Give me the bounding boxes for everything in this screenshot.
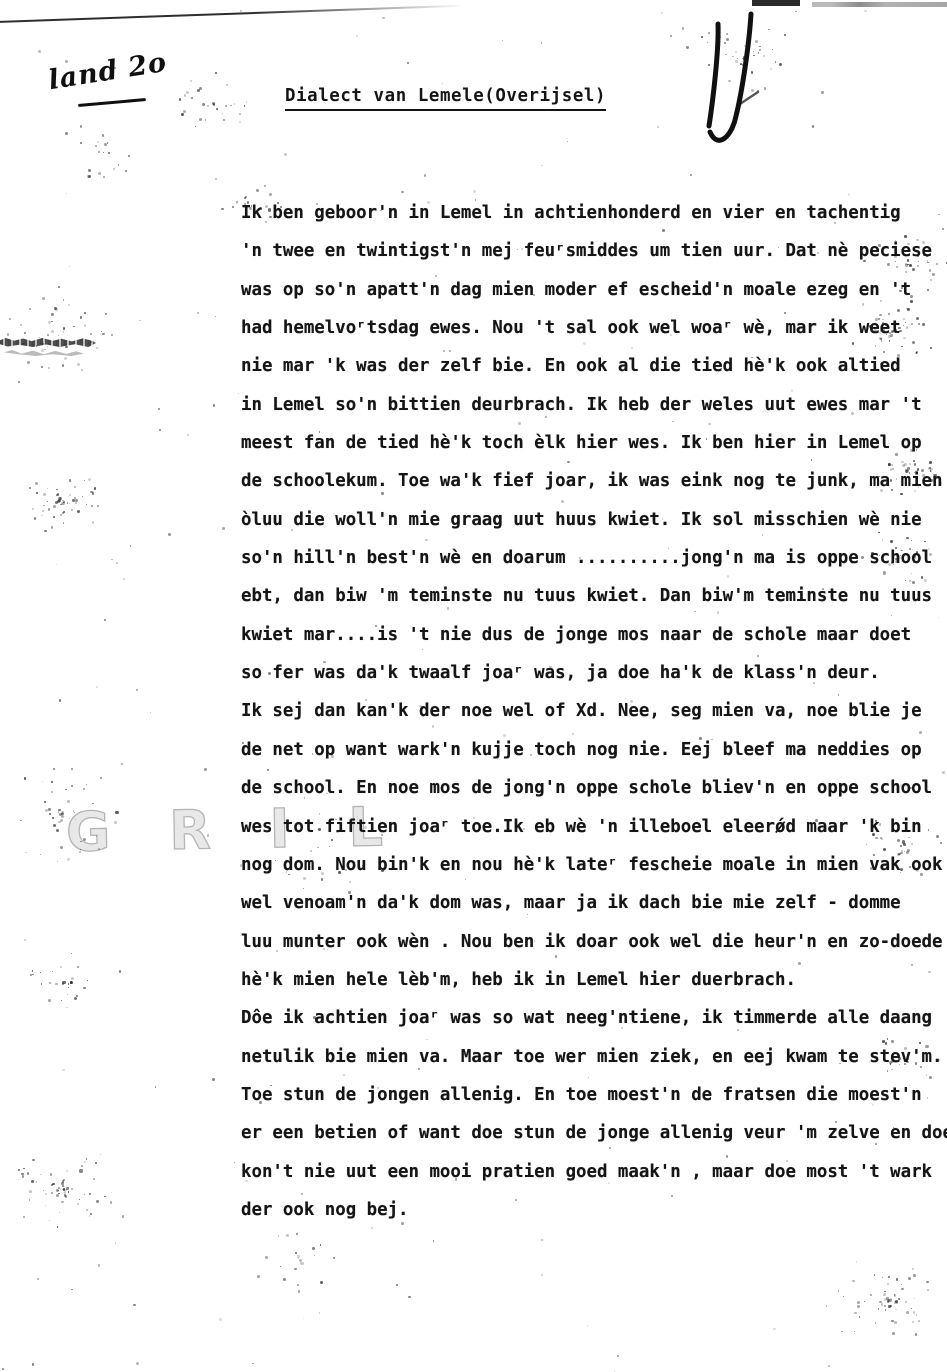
text-line: ebt, dan biw 'm teminste nu tuus kwiet. … [241,586,947,624]
text-line: luu munter ook wèn . Nou ben ik doar ook… [241,932,947,970]
text-line: so'n hill'n best'n wè en doarum ........… [241,548,947,586]
text-line: 'n twee en twintigst'n mej feuʳsmiddes u… [241,241,947,279]
text-line: kwiet mar....is 't nie dus de jonge mos … [241,625,947,663]
handwritten-underline [78,98,146,107]
text-line: Ik sej dan kan'k der noe wel of Xd. Nee,… [241,701,947,739]
text-line: er een betien of want doe stun de jonge … [241,1123,947,1161]
text-line: nie mar 'k was der zelf bie. En ook al d… [241,356,947,394]
text-line: Dôe ik achtien joaʳ was so wat neeg'ntie… [241,1008,947,1046]
text-line: de school. En noe mos de jong'n oppe sch… [241,778,947,816]
text-line: de net op want wark'n kujje toch nog nie… [241,740,947,778]
ink-smudge-shadow [4,350,84,356]
text-line: so fer was da'k twaalf joaʳ was, ja doe … [241,663,947,701]
text-line: wel venoam'n da'k dom was, maar ja ik da… [241,893,947,931]
text-line: kon't nie uut een mooi pratien goed maak… [241,1162,947,1200]
text-line: de schoolekum. Toe wa'k fief joar, ik wa… [241,471,947,509]
text-line: hè'k mien hele lèb'm, heb ik in Lemel hi… [241,970,947,1008]
text-line: der ook nog bej. [241,1200,947,1238]
text-line: òluu die woll'n mie graag uut huus kwiet… [241,510,947,548]
text-line: had hemelvoʳtsdag ewes. Nou 't sal ook w… [241,318,947,356]
text-line: Ik ben geboor'n in Lemel in achtienhonde… [241,203,947,241]
page-title: Dialect van Lemele(Overijsel) [285,86,606,111]
text-line: wes tot fiftien joaʳ toe.Ik eb wè 'n ill… [241,817,947,855]
text-line: meest fan de tied hè'k toch èlk hier wes… [241,433,947,471]
text-line: in Lemel so'n bittien deurbrach. Ik heb … [241,395,947,433]
ink-smudge [0,338,96,347]
handwritten-note: land 2o [46,47,169,96]
text-line: Toe stun de jongen allenig. En toe moest… [241,1085,947,1123]
text-line: was op so'n apatt'n dag mien moder ef es… [241,280,947,318]
scanned-document-page: land 2o Dialect van Lemele(Overijsel) G … [0,0,947,1372]
text-line: nog dom. Nou bin'k en nou hè'k lateʳ fes… [241,855,947,893]
text-line: netulik bie mien va. Maar toe wer mien z… [241,1047,947,1085]
scan-edge-line [0,5,466,23]
scan-edge-mark-dark [752,0,800,6]
body-text: Ik ben geboor'n in Lemel in achtienhonde… [241,203,947,1238]
pen-scribble-icon [688,8,778,158]
scan-edge-mark-gray [812,2,947,7]
